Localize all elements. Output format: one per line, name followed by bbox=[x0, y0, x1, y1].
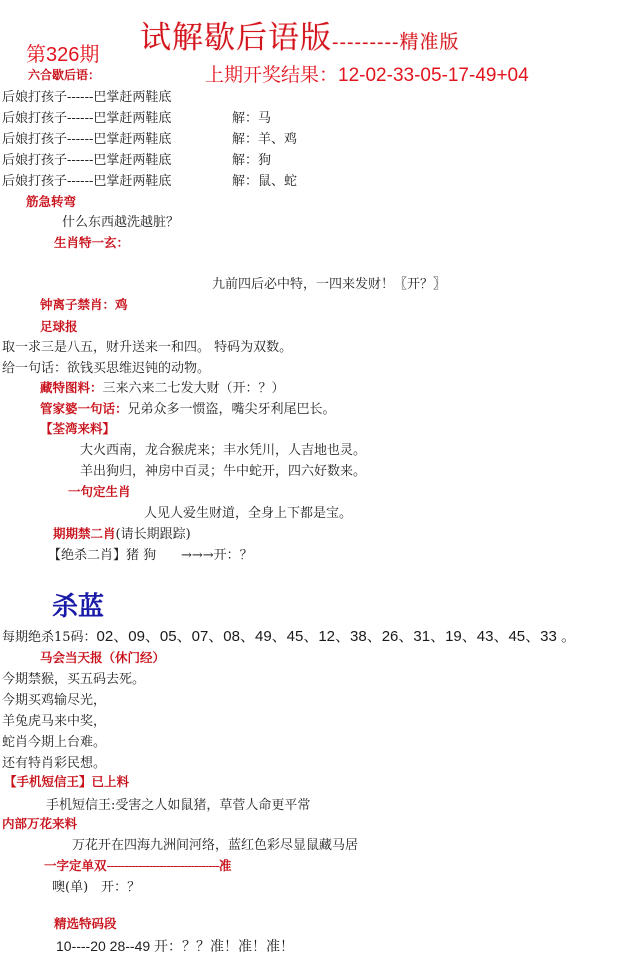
odd-even-label-row: 一字定单双--------------------------------准 bbox=[44, 856, 231, 874]
sms-king-label: 【手机短信王】已上料 bbox=[4, 772, 129, 790]
quanwan-label: 【荃湾来料】 bbox=[40, 419, 115, 437]
riddle-row: 后娘打孩子------巴掌赶两鞋底 bbox=[2, 170, 171, 189]
one-sentence-label: 一句定生肖 bbox=[68, 482, 131, 500]
zodiac-mystery-text: 九前四后必中特，一四来发财！〖开？〗 bbox=[212, 273, 446, 292]
zodiac-mystery-label: 生肖特一玄： bbox=[54, 233, 129, 251]
riddle-text: 后娘打孩子------巴掌赶两鞋底 bbox=[2, 132, 171, 147]
quanwan-line: 羊出狗归，神房中百灵；牛中蛇开，四六好数来。 bbox=[80, 460, 366, 479]
section-subtitle: 六合歇后语： bbox=[28, 66, 100, 83]
brain-teaser-question: 什么东西越洗越脏？ bbox=[62, 211, 179, 230]
football-line: 给一句话：欲钱买思维迟钝的动物。 bbox=[2, 357, 210, 376]
riddle-row: 后娘打孩子------巴掌赶两鞋底 bbox=[2, 86, 171, 105]
housekeeper-text: 兄弟众多一惯盗，嘴尖牙利尾巴长。 bbox=[128, 402, 336, 417]
kill-numbers-lead: 每期绝杀15码： bbox=[2, 630, 97, 645]
odd-even-dash: -------------------------------- bbox=[107, 858, 219, 873]
odd-even-text: 噢(单) 开：？ bbox=[52, 876, 140, 895]
football-label: 足球报 bbox=[40, 317, 78, 335]
kill-numbers-row: 每期绝杀15码：02、09、05、07、08、49、45、12、38、26、31… bbox=[2, 625, 576, 646]
odd-even-suffix: 准 bbox=[219, 858, 232, 873]
kill-two-label: 【绝杀二肖】猪 狗 bbox=[48, 548, 156, 563]
riddle-row: 后娘打孩子------巴掌赶两鞋底 bbox=[2, 149, 171, 168]
ban-two-row: 期期禁二肖(请长期跟踪) bbox=[53, 523, 191, 542]
kill-two-arrows: →→→开：？ bbox=[181, 548, 253, 563]
riddle-row: 后娘打孩子------巴掌赶两鞋底 bbox=[2, 107, 171, 126]
title-main: 试解歇后语版 bbox=[140, 20, 332, 56]
hidden-chart-row: 藏特图料：三来六来二七发大财（开：？） bbox=[40, 377, 285, 396]
housekeeper-label: 管家婆一句话： bbox=[40, 401, 128, 416]
special-range-text: 10----20 28--49 开：？？准！准！准！ bbox=[56, 936, 294, 956]
ban-two-label: 期期禁二肖 bbox=[53, 526, 116, 541]
quanwan-line: 大火西南，龙合猴虎来；丰水凭川，人吉地也灵。 bbox=[80, 439, 366, 458]
horse-news-line: 羊兔虎马来中奖， bbox=[2, 710, 106, 729]
sms-king-text: 手机短信王:受害之人如鼠猪，草菅人命更平常 bbox=[46, 794, 310, 813]
riddle-text: 后娘打孩子------巴掌赶两鞋底 bbox=[2, 174, 171, 189]
riddle-text: 后娘打孩子------巴掌赶两鞋底 bbox=[2, 153, 171, 168]
special-range-label: 精选特码段 bbox=[54, 914, 117, 932]
one-sentence-text: 人见人爱生财道，全身上下都是宝。 bbox=[144, 502, 352, 521]
kill-numbers: 02、09、05、07、08、49、45、12、38、26、31、19、43、4… bbox=[97, 628, 576, 645]
football-line: 取一求三是八五，财升送来一和四。 特码为双数。 bbox=[2, 336, 292, 355]
riddle-row: 后娘打孩子------巴掌赶两鞋底 bbox=[2, 128, 171, 147]
riddle-answer: 解：羊、鸡 bbox=[232, 128, 297, 147]
horse-news-line: 还有特肖彩民想。 bbox=[2, 752, 106, 771]
kill-two-row: 【绝杀二肖】猪 狗 →→→开：？ bbox=[48, 544, 253, 563]
riddle-text: 后娘打孩子------巴掌赶两鞋底 bbox=[2, 111, 171, 126]
ban-two-note: (请长期跟踪) bbox=[116, 527, 191, 542]
brain-teaser-label: 筋急转弯 bbox=[26, 192, 76, 210]
title-suffix: 精准版 bbox=[399, 31, 459, 53]
horse-news-label: 马会当天报（休门经） bbox=[40, 648, 165, 666]
horse-news-line: 蛇肖今期上台难。 bbox=[2, 731, 106, 750]
title-dash: --------- bbox=[332, 32, 399, 53]
issue-number: 第326期 bbox=[26, 38, 99, 67]
odd-even-label: 一字定单双 bbox=[44, 858, 107, 873]
riddle-text: 后娘打孩子------巴掌赶两鞋底 bbox=[2, 90, 171, 105]
horse-news-line: 今期买鸡输尽光， bbox=[2, 689, 106, 708]
wanhua-text: 万花开在四海九洲间河络，蓝红色彩尽显鼠藏马居 bbox=[72, 834, 358, 853]
page-title: 试解歇后语版---------精准版 bbox=[140, 12, 459, 57]
riddle-answer: 解：狗 bbox=[232, 149, 271, 168]
zhongli-label: 钟离子禁肖：鸡 bbox=[40, 295, 128, 313]
last-result: 上期开奖结果：12-02-33-05-17-49+04 bbox=[205, 60, 529, 87]
hidden-chart-label: 藏特图料： bbox=[40, 380, 103, 395]
hidden-chart-text: 三来六来二七发大财（开：？） bbox=[103, 381, 285, 396]
wanhua-label: 内部万花来料 bbox=[2, 814, 77, 832]
riddle-answer: 解：马 bbox=[232, 107, 271, 126]
horse-news-line: 今期禁猴，买五码去死。 bbox=[2, 668, 145, 687]
last-result-label: 上期开奖结果： bbox=[205, 65, 338, 86]
housekeeper-row: 管家婆一句话：兄弟众多一惯盗，嘴尖牙利尾巴长。 bbox=[40, 398, 336, 417]
riddle-answer: 解：鼠、蛇 bbox=[232, 170, 297, 189]
last-result-value: 12-02-33-05-17-49+04 bbox=[338, 65, 529, 86]
kill-blue-title: 杀蓝 bbox=[52, 586, 104, 623]
